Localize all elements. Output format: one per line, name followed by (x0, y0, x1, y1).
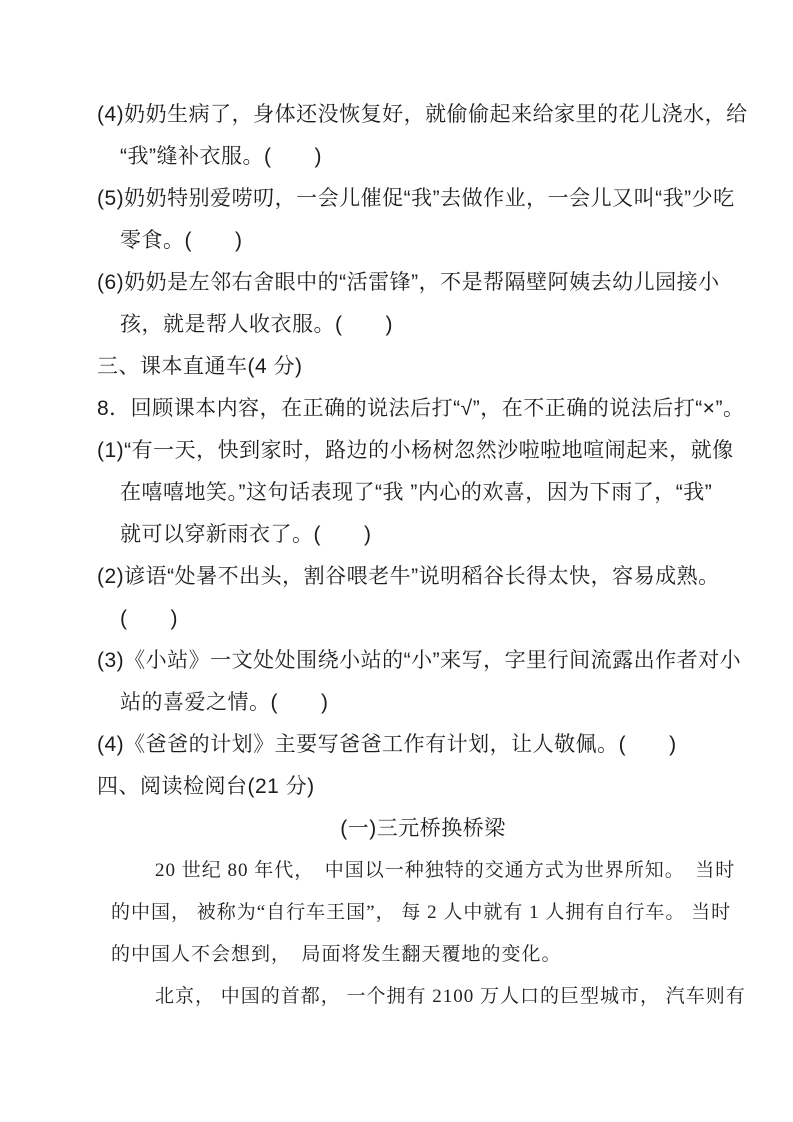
question-4-line2: “我”缝补衣服。( ) (97, 136, 709, 178)
question-8-4-line1: (4)《爸爸的计划》主要写爸爸工作有计划，让人敬佩。( ) (97, 724, 709, 766)
passage-para1-line1: 20 世纪 80 年代， 中国以一种独特的交通方式为世界所知。 当时 (97, 850, 709, 892)
question-6-line1: (6)奶奶是左邻右舍眼中的“活雷锋”，不是帮隔壁阿姨去幼儿园接小 (97, 262, 709, 304)
question-8-2-line1: (2)谚语“处暑不出头，割谷喂老牛”说明稻谷长得太快，容易成熟。 (97, 556, 709, 598)
section-4-heading: 四、阅读检阅台(21 分) (97, 766, 709, 808)
passage-para1-line3: 的中国人不会想到， 局面将发生翻天覆地的变化。 (97, 934, 709, 976)
passage-title: (一)三元桥换桥梁 (97, 808, 709, 850)
question-6-line2: 孩，就是帮人收衣服。( ) (97, 304, 709, 346)
question-8-1-line1: (1)“有一天，快到家时，路边的小杨树忽然沙啦啦地喧闹起来，就像 (97, 430, 709, 472)
question-5-line2: 零食。( ) (97, 220, 709, 262)
question-8-1-line3: 就可以穿新雨衣了。( ) (97, 514, 709, 556)
question-8-2-line2: ( ) (97, 598, 709, 640)
section-3-heading: 三、课本直通车(4 分) (97, 346, 709, 388)
question-8-stem: 8．回顾课本内容，在正确的说法后打“√”，在不正确的说法后打“×”。 (97, 388, 709, 430)
worksheet-page: { "page": { "background": "#ffffff", "te… (0, 0, 793, 1122)
document-text-column: (4)奶奶生病了，身体还没恢复好，就偷偷起来给家里的花儿浇水，给“我”缝补衣服。… (97, 94, 709, 1018)
passage-para1-line2: 的中国， 被称为“自行车王国”， 每 2 人中就有 1 人拥有自行车。 当时 (97, 892, 709, 934)
question-8-3-line1: (3)《小站》一文处处围绕小站的“小”来写，字里行间流露出作者对小 (97, 640, 709, 682)
question-4-line1: (4)奶奶生病了，身体还没恢复好，就偷偷起来给家里的花儿浇水，给 (97, 94, 709, 136)
passage-para2-line1: 北京， 中国的首都， 一个拥有 2100 万人口的巨型城市， 汽车则有 (97, 976, 709, 1018)
question-8-1-line2: 在嘻嘻地笑。”这句话表现了“我 ”内心的欢喜，因为下雨了，“我” (97, 472, 709, 514)
question-8-3-line2: 站的喜爱之情。( ) (97, 682, 709, 724)
question-5-line1: (5)奶奶特别爱唠叨，一会儿催促“我”去做作业，一会儿又叫“我”少吃 (97, 178, 709, 220)
